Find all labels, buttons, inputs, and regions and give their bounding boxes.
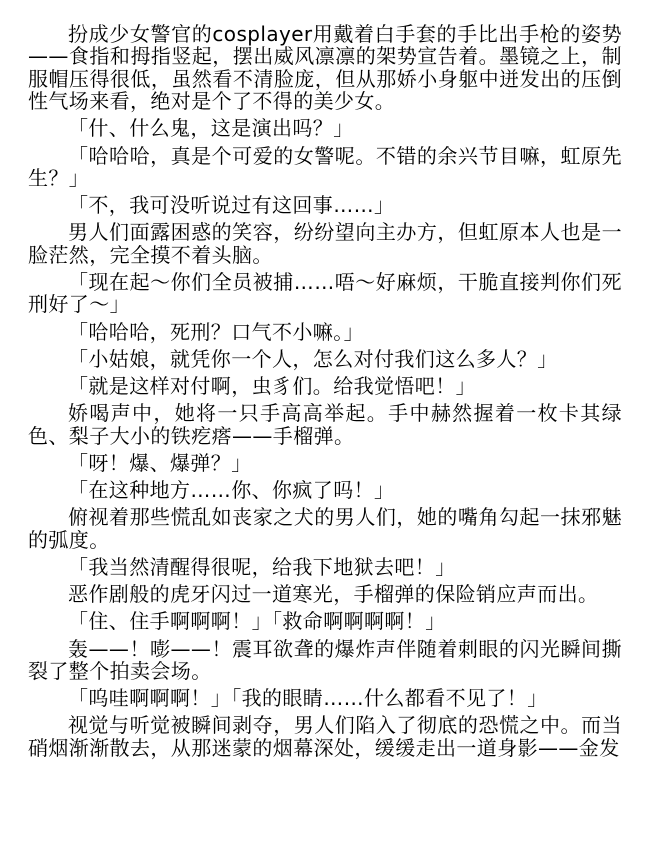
paragraph: 恶作剧般的虎牙闪过一道寒光，手榴弹的保险销应声而出。	[28, 583, 622, 605]
paragraph: 「呜哇啊啊啊！」「我的眼睛……什么都看不见了！」	[28, 687, 622, 709]
paragraph: 「呀！爆、爆弹？」	[28, 452, 622, 474]
paragraph: 男人们面露困惑的笑容，纷纷望向主办方，但虹原本人也是一脸茫然，完全摸不着头脑。	[28, 221, 622, 266]
paragraph: 「现在起～你们全员被捕……唔～好麻烦，干脆直接判你们死刑好了～」	[28, 271, 622, 316]
paragraph: 「住、住手啊啊啊！」「救命啊啊啊啊！」	[28, 610, 622, 632]
paragraph: 俯视着那些慌乱如丧家之犬的男人们，她的嘴角勾起一抹邪魅的弧度。	[28, 506, 622, 551]
paragraph: 轰——！嘭——！震耳欲聋的爆炸声伴随着刺眼的闪光瞬间撕裂了整个拍卖会场。	[28, 638, 622, 683]
paragraph: 「不，我可没听说过有这回事……」	[28, 194, 622, 216]
paragraph: 「小姑娘，就凭你一个人，怎么对付我们这么多人？」	[28, 348, 622, 370]
paragraph: 扮成少女警官的cosplayer用戴着白手套的手比出手枪的姿势——食指和拇指竖起…	[28, 23, 622, 113]
paragraph: 视觉与听觉被瞬间剥夺，男人们陷入了彻底的恐慌之中。而当硝烟渐渐散去，从那迷蒙的烟…	[28, 714, 622, 759]
paragraph: 「在这种地方……你、你疯了吗！」	[28, 479, 622, 501]
paragraph: 「我当然清醒得很呢，给我下地狱去吧！」	[28, 556, 622, 578]
paragraph: 「哈哈哈，真是个可爱的女警呢。不错的余兴节目嘛，虹原先生？」	[28, 145, 622, 190]
paragraph: 「就是这样对付啊，虫豸们。给我觉悟吧！」	[28, 375, 622, 397]
reader-page: 扮成少女警官的cosplayer用戴着白手套的手比出手枪的姿势——食指和拇指竖起…	[0, 0, 650, 850]
paragraph: 「什、什么鬼，这是演出吗？」	[28, 117, 622, 139]
paragraph: 娇喝声中，她将一只手高高举起。手中赫然握着一枚卡其绿色、梨子大小的铁疙瘩——手榴…	[28, 402, 622, 447]
paragraph: 「哈哈哈，死刑？口气不小嘛。」	[28, 321, 622, 343]
